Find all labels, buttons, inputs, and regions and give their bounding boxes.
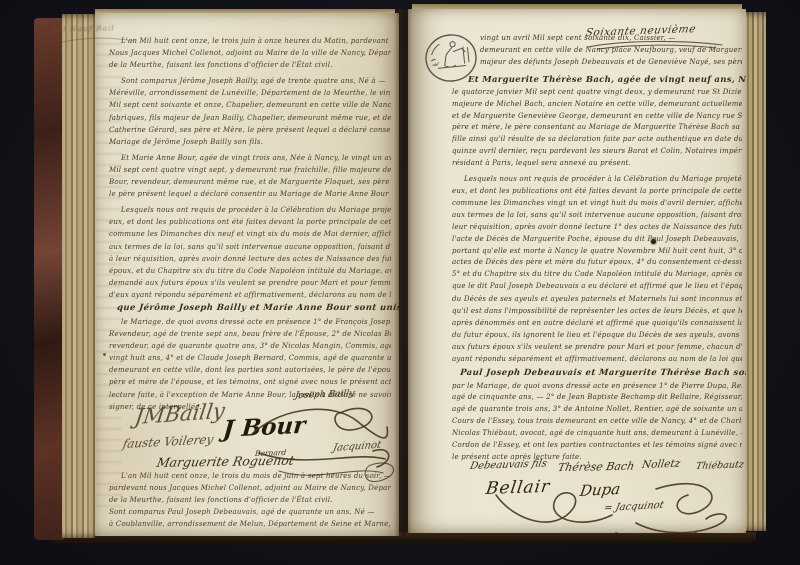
handwritten-line: eux, et dont les publications ont été fa… — [109, 216, 391, 228]
act-debeauvais-bach-bride-name: Et Marguerite Thérèse Bach, agée de ving… — [468, 73, 742, 87]
handwritten-line: demandé aux futurs époux s'ils veulent s… — [109, 277, 391, 289]
handwritten-line: Mil sept cent quatre vingt sept, y demeu… — [109, 164, 391, 176]
handwritten-line: actes de Décès des père et mère du futur… — [452, 257, 742, 269]
act-bailly-bour-publications: Lesquels nous ont requis de procéder à l… — [109, 204, 391, 301]
handwritten-line: Nous Jacques Michel Collenot, adjoint au… — [109, 47, 391, 59]
handwritten-line: Revendeur, agé de trente sept ans, beau … — [109, 328, 391, 340]
handwritten-line: à leur réquisition, après avoir donné le… — [109, 253, 391, 265]
handwritten-line: du futur époux, ils ignorent le lieu et … — [452, 330, 742, 342]
handwritten-line: demeurant en cette ville, dont les parti… — [109, 364, 391, 376]
right-page-text: vingt un avril Mil sept cent soixante di… — [452, 33, 742, 465]
handwritten-line: 5° et du Chapitre six du titre du Code N… — [452, 269, 742, 281]
right-page: 1F Soixante neuvième vingt un avril Mil … — [408, 9, 746, 533]
handwritten-line: le père présent lequel a déclaré consent… — [109, 188, 391, 200]
act-debeauvais-bach-publications: Lesquels nous ont requis de procéder à l… — [452, 174, 742, 293]
handwritten-line: quinze avril dernier, reçu pardevant les… — [452, 146, 742, 158]
handwritten-line: à Coublanville, arrondissement de Melun,… — [109, 518, 391, 530]
handwritten-line: agé de cinquante ans, — 2° de Jean Bapti… — [452, 392, 742, 404]
handwritten-line: Bour, revendeur, demeurant même rue, et … — [109, 176, 391, 188]
handwritten-line: et de Marguerite Geneviève George, demeu… — [452, 111, 742, 123]
book-gutter-shadow — [394, 9, 412, 536]
signature-nolletz: Nolletz — [641, 458, 681, 471]
handwritten-line: Cordon de l'Essey, et ont les parties co… — [452, 440, 742, 452]
handwritten-line: qu'il est dans l'impossibilité de représ… — [452, 306, 742, 318]
page-edges-left — [62, 14, 95, 538]
left-page: L'an Mil huit cent onze, le trois juin à… — [95, 13, 399, 536]
handwritten-line: Mariage de Jérôme Joseph Bailly son fils… — [109, 136, 391, 148]
act-debeauvais-bach-declarations: du Décès de ses ayeuls et ayeules patern… — [452, 294, 742, 365]
page-edges-right — [744, 12, 766, 531]
handwritten-line: du Décès de ses ayeuls et ayeules patern… — [452, 294, 742, 306]
act-debeauvais-bach-groom-cont: vingt un avril Mil sept cent soixante di… — [480, 33, 742, 69]
handwritten-line: portant qu'elle est morte à Nancy le qua… — [452, 246, 742, 258]
handwritten-line: père et mère, le père consentant au Mari… — [452, 122, 742, 134]
handwritten-line: Lesquels nous ont requis de procéder à l… — [464, 174, 742, 186]
handwritten-line: Et Marie Anne Bour, agée de vingt trois … — [121, 152, 391, 164]
handwritten-line: de la Meurthe, faisant les fonctions d'o… — [109, 494, 391, 506]
handwritten-line: de la Meurthe, faisant les fonctions d'o… — [109, 59, 391, 71]
handwritten-line: le quatorze janvier Mil sept cent quatre… — [452, 87, 742, 99]
handwritten-line: par le Mariage, de quoi avons dressé act… — [452, 381, 742, 393]
handwritten-line: Mil sept cent soixante et onze, Chapelie… — [109, 99, 391, 111]
signature-debeauvais: Debeauvais fils — [469, 458, 548, 472]
handwritten-line: après dénommés ont en outre déclaré et a… — [452, 318, 742, 330]
handwritten-line: L'an Mil huit cent onze, le trois juin à… — [121, 35, 391, 47]
foxing-speck — [103, 353, 106, 356]
handwritten-line: vingt un avril Mil sept cent soixante di… — [480, 33, 742, 45]
signature-flourish-left-lower — [275, 453, 399, 489]
act-bailly-bour-union-line: que Jérôme Joseph Bailly et Marie Anne B… — [116, 302, 391, 315]
handwritten-line: agé de quarante trois ans, 3° de Antoine… — [452, 404, 742, 416]
handwritten-line: ayant répondu séparément et affirmativem… — [452, 354, 742, 366]
handwritten-line: Nicolas Thiébaut, avocat, agé de cinquan… — [452, 428, 742, 440]
handwritten-line: aux termes de la loi, sans qu'il soit in… — [109, 241, 391, 253]
handwritten-line: demeurant en cette ville de Nancy place … — [480, 45, 742, 57]
handwritten-line: père et mère de l'épouse, et les témoins… — [109, 376, 391, 388]
handwritten-line: commune les Dimanches dix neuf et vingt … — [109, 228, 391, 240]
book-photograph: L'an Mil huit cent onze, le trois juin à… — [0, 0, 800, 565]
handwritten-line: majeure de Michel Bach, ancien Notaire e… — [452, 99, 742, 111]
stamp-denomination: 1F — [434, 61, 440, 67]
handwritten-line: Lesquels nous ont requis de procéder à l… — [121, 204, 391, 216]
handwritten-line: résidant à Paris, lequel sera annexé au … — [452, 158, 742, 170]
act-debeauvais-bach-union-line: Paul Joseph Debeauvais et Marguerite Thé… — [459, 367, 742, 380]
act-debeauvais-bach-bride: le quatorze janvier Mil sept cent quatre… — [452, 87, 742, 170]
act-bailly-bour-bride: Et Marie Anne Bour, agée de vingt trois … — [109, 152, 391, 200]
signature-flourish-right — [466, 471, 740, 533]
handwritten-line: Sont comparus Jérôme Joseph Bailly, agé … — [121, 75, 391, 87]
handwritten-line: époux, et du Chapitre six du titre du Co… — [109, 265, 391, 277]
act-debeauvais-bach-witnesses: par le Mariage, de quoi avons dressé act… — [452, 381, 742, 464]
handwritten-line: commune les Dimanches vingt un et vingt … — [452, 198, 742, 210]
act-bailly-bour-opening: L'an Mil huit cent onze, le trois juin à… — [109, 35, 391, 71]
handwritten-line: Méréville, arrondissement de Lunéville, … — [109, 87, 391, 99]
pencil-underline — [58, 36, 138, 46]
handwritten-line: aux termes de la loi, sans qu'il soit in… — [452, 210, 742, 222]
handwritten-line: fabriques, fils majeur de Jean Bailly, C… — [109, 112, 391, 124]
handwritten-line: l'acte de Décès de Marguerite Poche, épo… — [452, 234, 742, 246]
act-bailly-bour-groom: Sont comparus Jérôme Joseph Bailly, agé … — [109, 75, 391, 148]
handwritten-line: eux, et dont les publications ont été fa… — [452, 186, 742, 198]
handwritten-line: Sont comparus Paul Joseph Debeauvais, ag… — [109, 506, 391, 518]
handwritten-line: Cours de l'Essey, tous trois demeurant e… — [452, 416, 742, 428]
handwritten-line: aux futurs époux s'ils veulent se prendr… — [452, 342, 742, 354]
handwritten-line: que le dit Paul Joseph Debeauvais a eu d… — [452, 281, 742, 293]
handwritten-line: vingt huit ans, 4° et de Claude Joseph B… — [109, 352, 391, 364]
handwritten-line: fille ainsi qu'il résulte de sa déclarat… — [452, 134, 742, 146]
marbled-cover-left — [34, 18, 64, 540]
handwritten-line: revendeur, agé de quarante quatre ans, 3… — [109, 340, 391, 352]
pencil-annotation: nil Nauf Bail — [54, 23, 115, 33]
handwritten-line: d'eux ayant répondu séparément et affirm… — [109, 289, 391, 301]
handwritten-line: Catherine Gérard, ses père et Mère, le p… — [109, 124, 391, 136]
handwritten-line: leur réquisition, après avoir donné lect… — [452, 222, 742, 234]
handwritten-line: majeur des défunts Joseph Debeauvais et … — [480, 57, 742, 69]
handwritten-line: le Mariage, de quoi avons dressé acte en… — [121, 316, 391, 328]
